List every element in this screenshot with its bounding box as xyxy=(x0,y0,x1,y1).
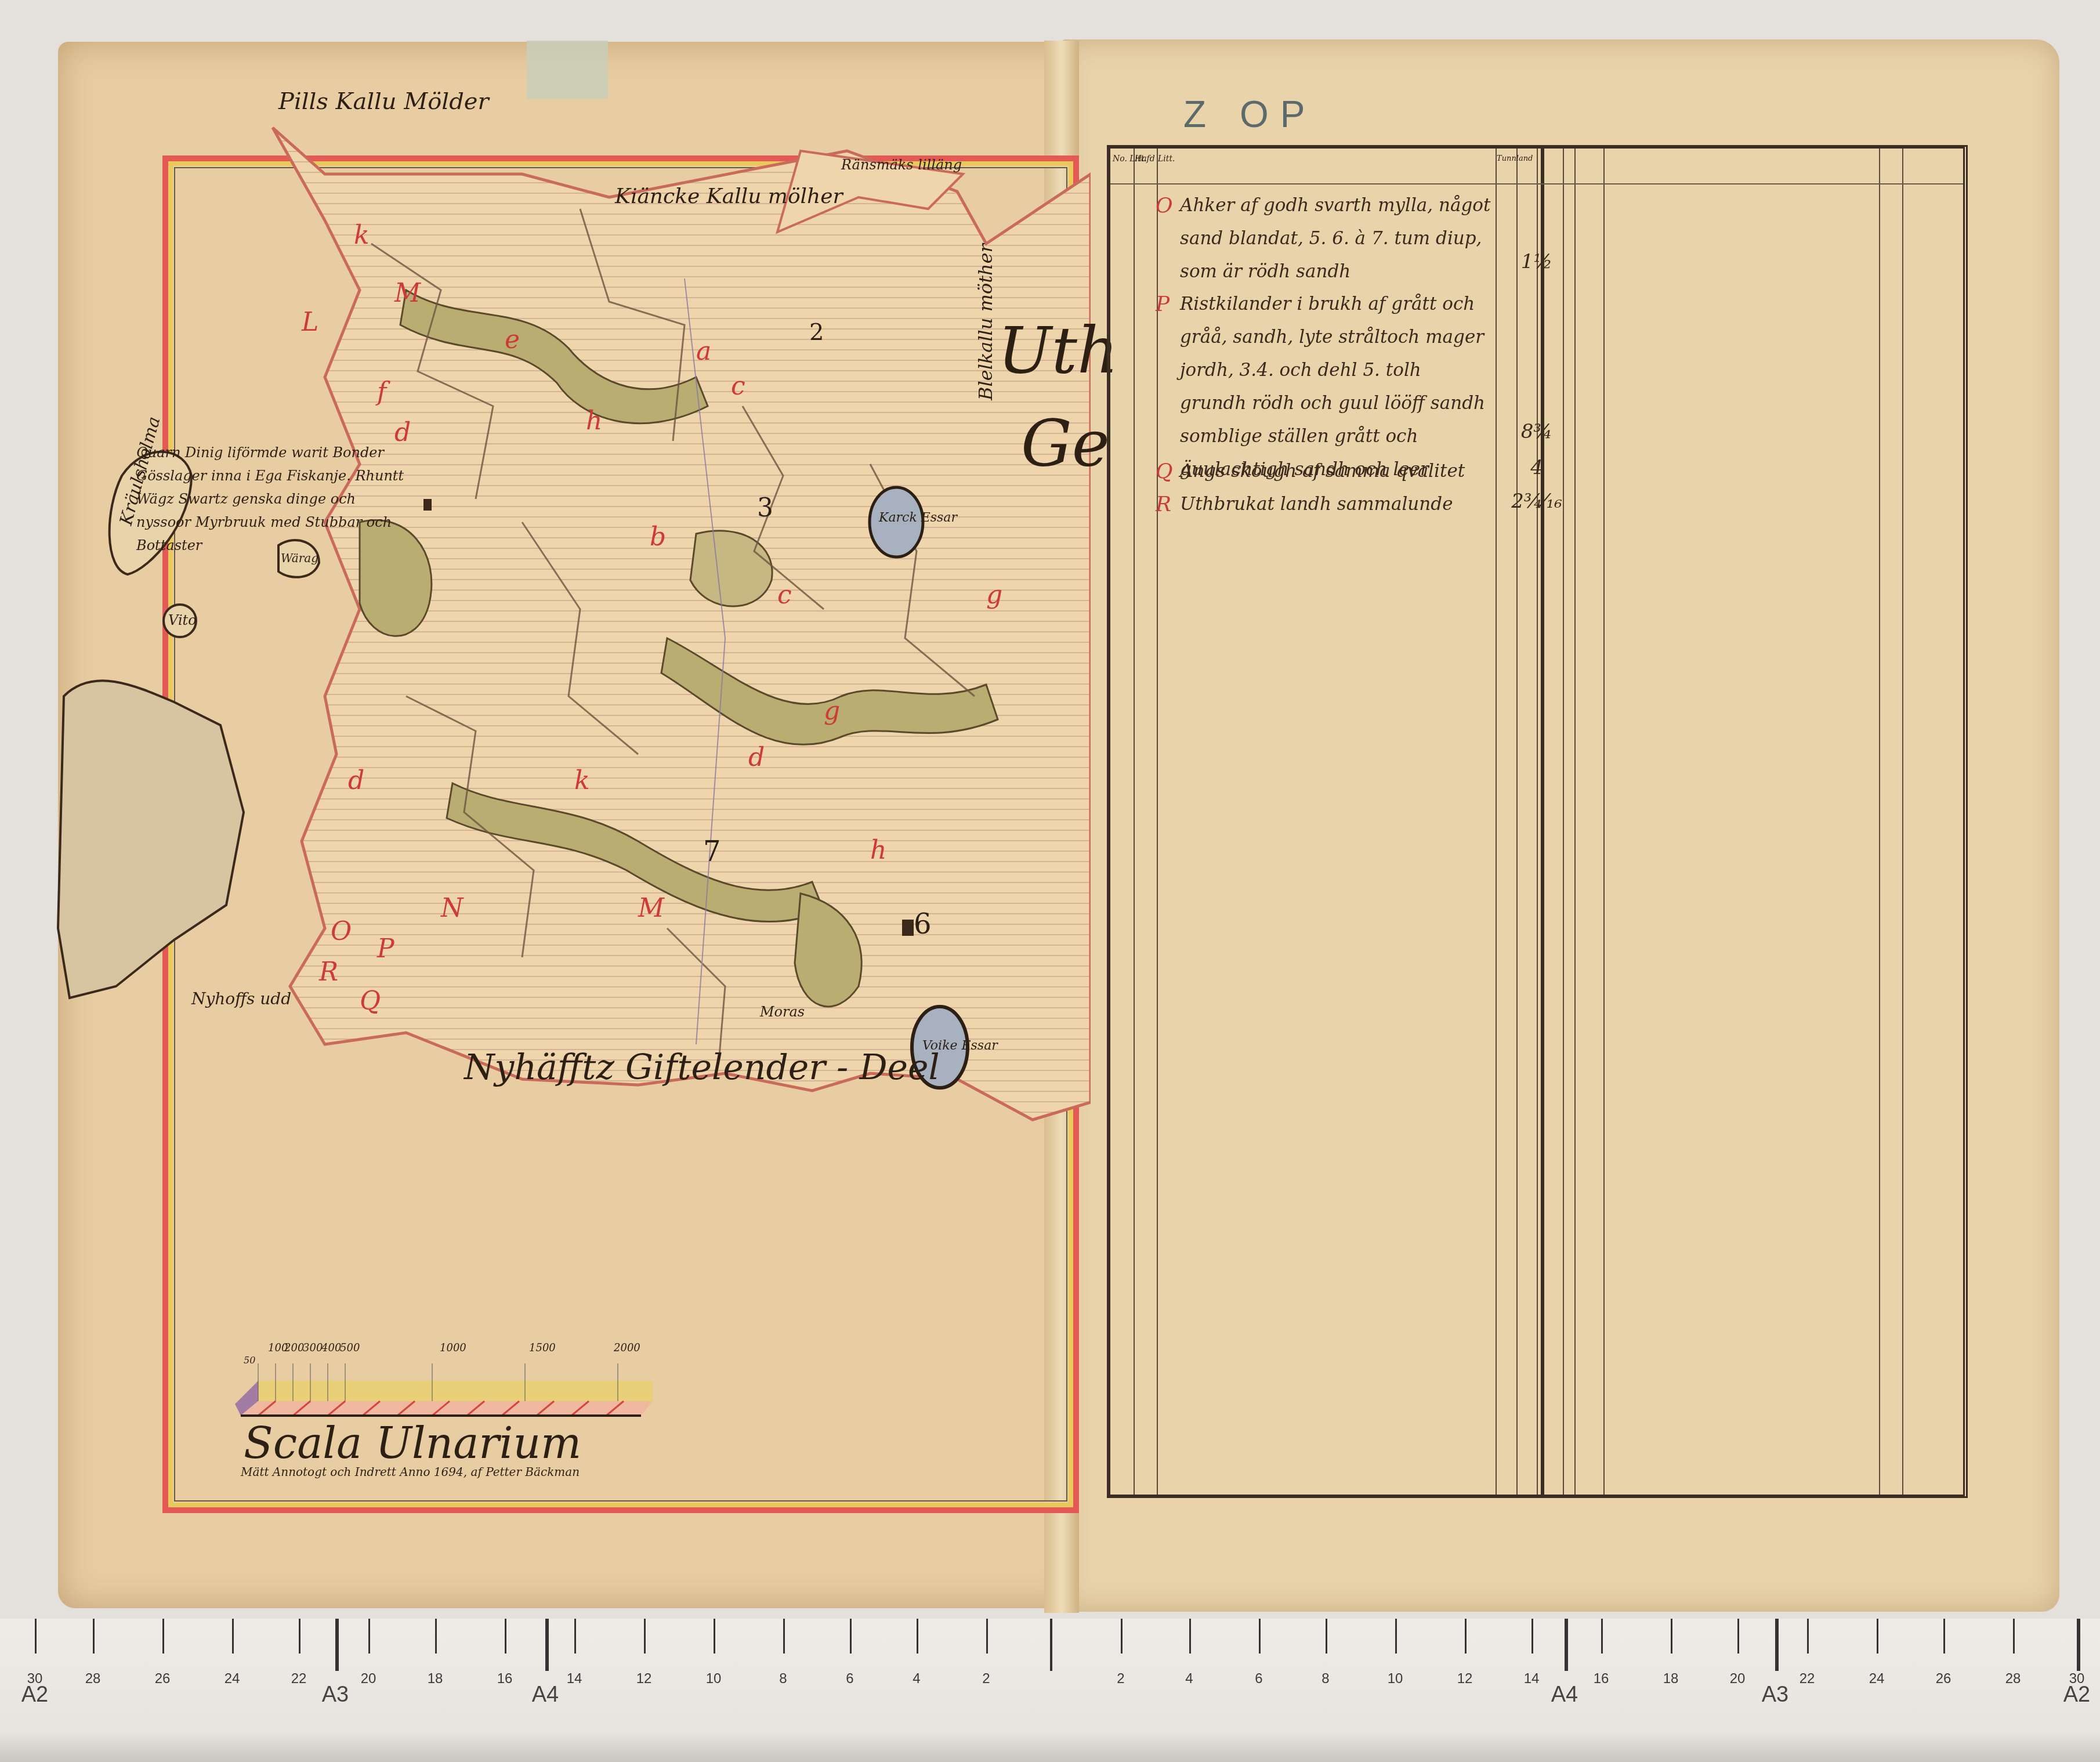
ruler-number: 8 xyxy=(1321,1671,1329,1687)
scale-tick-label: 400 xyxy=(321,1342,341,1354)
header-rule xyxy=(1110,183,1963,184)
ruler-number: 2 xyxy=(1117,1671,1124,1687)
column-rule xyxy=(1902,149,1903,1495)
column-rule xyxy=(1603,149,1605,1495)
entry-letter: P xyxy=(1156,288,1170,321)
parcel-letter: c xyxy=(777,580,792,610)
field-number-2: 2 xyxy=(809,319,824,346)
parcel-letter: f xyxy=(377,377,386,407)
place-label-field: Ränsmäks lilläng xyxy=(841,157,962,173)
field-number-7: 7 xyxy=(703,835,721,868)
entry-text: Ristkilander i brukh af grått och gråå, … xyxy=(1180,294,1485,480)
cape-label: Nyhoffs udd xyxy=(191,989,291,1008)
land-register-table: No. Litt. Hafd Litt. Tunnland O Ahker af… xyxy=(1107,145,1968,1498)
ruler-number: 28 xyxy=(85,1671,101,1687)
column-rule xyxy=(1134,149,1135,1495)
ruler-number: 2 xyxy=(982,1671,990,1687)
entry-letter: Q xyxy=(1156,455,1173,488)
entry-value: 4 xyxy=(1505,456,1569,479)
ruler-format-label: A3 xyxy=(322,1683,349,1707)
parcel-letter: d xyxy=(348,766,364,795)
entry-letter: O xyxy=(1156,189,1173,222)
ruler-number: 16 xyxy=(1594,1671,1609,1687)
ruler-number: 20 xyxy=(1730,1671,1746,1687)
parcel-letter: c xyxy=(731,371,745,401)
parcel-letter: b xyxy=(650,522,666,552)
ruler-number: 18 xyxy=(1663,1671,1679,1687)
ruler-number: 8 xyxy=(779,1671,787,1687)
entry-letter: R xyxy=(1156,488,1171,521)
ruler-number: 24 xyxy=(225,1671,240,1687)
ruler-format-label: A4 xyxy=(532,1683,559,1707)
ruler-number: 16 xyxy=(497,1671,513,1687)
parcel-letter: d xyxy=(748,743,765,772)
marsh-label: Moras xyxy=(760,1004,805,1020)
parcel-letter: k xyxy=(354,220,370,250)
ledger-entry-O: O Ahker af godh svarth mylla, något sand… xyxy=(1180,189,1493,288)
ruler-number: 28 xyxy=(2005,1671,2021,1687)
ruler-number: 12 xyxy=(1457,1671,1473,1687)
ruler-number: 4 xyxy=(913,1671,920,1687)
lake-label-east: Karck Essar xyxy=(879,511,957,525)
field-number-3: 3 xyxy=(757,493,773,523)
ruler-number: 22 xyxy=(291,1671,307,1687)
ruler-number: 14 xyxy=(567,1671,582,1687)
parcel-letter: M xyxy=(638,893,664,923)
entry-text: Ahker af godh svarth mylla, något sand b… xyxy=(1180,195,1490,282)
ledger-entry-Q: Q Ängs skough af samma qvalitet xyxy=(1180,455,1493,488)
parcel-letter: R xyxy=(319,957,338,987)
column-rule xyxy=(1157,149,1158,1495)
entry-text: Uthbrukat landh sammalunde xyxy=(1180,494,1453,515)
column-rule xyxy=(1496,149,1497,1495)
column-rule xyxy=(1879,149,1880,1495)
place-label-top-center: Kiäncke Kallu mölher xyxy=(615,184,843,208)
header-col3: Litt. xyxy=(1158,154,1175,164)
parcel-letter: h xyxy=(870,835,886,865)
ruler-number: 12 xyxy=(636,1671,652,1687)
marginal-note: Quarn Dinig liförmde warit Bonder Gössla… xyxy=(136,441,409,557)
map-title-fragment-uth: Uth xyxy=(998,313,1118,388)
scale-tick-label: 2000 xyxy=(614,1342,640,1354)
parcel-letter: P xyxy=(377,934,394,964)
column-rule xyxy=(1563,149,1564,1495)
scale-tick-label: 500 xyxy=(340,1342,360,1354)
parcel-letter: M xyxy=(394,278,421,308)
ruler-number: 6 xyxy=(846,1671,853,1687)
column-rule xyxy=(1537,149,1538,1495)
parcel-letter: N xyxy=(441,893,464,923)
ruler-number: 18 xyxy=(428,1671,443,1687)
ruler-format-label: A4 xyxy=(1551,1683,1578,1707)
header-col2: Hafd xyxy=(1135,154,1155,164)
ruler-number: 14 xyxy=(1524,1671,1540,1687)
ruler-format-label: A2 xyxy=(21,1683,48,1707)
scale-tick-label: 200 xyxy=(284,1342,304,1354)
scale-tick-label: 1000 xyxy=(440,1342,466,1354)
entry-text: Ängs skough af samma qvalitet xyxy=(1180,461,1465,482)
scale-subtitle: Mätt Annotogt och Indrett Anno 1694, af … xyxy=(241,1465,580,1479)
ruler-number: 26 xyxy=(155,1671,171,1687)
place-label-vertical: Blelkallu möther xyxy=(975,244,997,400)
ruler-number: 6 xyxy=(1255,1671,1262,1687)
header-right-col1: Tunnland xyxy=(1497,154,1533,163)
scale-tick-label: 1500 xyxy=(529,1342,556,1354)
parcel-letter: g xyxy=(986,580,1002,610)
ruler-number: 10 xyxy=(1388,1671,1403,1687)
place-label-top-left: Pills Kallu Mölder xyxy=(278,88,489,115)
column-rule-heavy xyxy=(1541,149,1544,1495)
cadastral-map xyxy=(0,0,1091,1160)
parcel-letter: O xyxy=(331,917,352,946)
ruler-ticks xyxy=(0,1619,2100,1659)
parcel-letter: g xyxy=(824,696,840,726)
pencil-annotation: Z OP xyxy=(1183,93,1316,136)
entry-value: 1½ xyxy=(1505,250,1569,273)
column-rule xyxy=(1574,149,1576,1495)
parcel-letter: Q xyxy=(360,986,381,1016)
scale-tick-label: 300 xyxy=(303,1342,323,1354)
column-rule xyxy=(1516,149,1518,1495)
ledger-entry-R: R Uthbrukat landh sammalunde xyxy=(1180,488,1493,521)
ruler-number: 10 xyxy=(706,1671,722,1687)
parcel-letter: d xyxy=(394,418,411,447)
map-title: Nyhäfftz Giftelender - Deel xyxy=(464,1047,940,1088)
parcel-letter: a xyxy=(696,337,711,366)
entry-value: 8¾ xyxy=(1505,420,1569,443)
ruler-number: 24 xyxy=(1869,1671,1885,1687)
ruler-number: 22 xyxy=(1800,1671,1815,1687)
parcel-letter: e xyxy=(505,325,520,354)
scale-bar-graphic xyxy=(235,1358,653,1427)
map-title-fragment-ge: Ge xyxy=(1021,406,1110,480)
ruler-format-label: A2 xyxy=(2063,1683,2090,1707)
parcel-letter: h xyxy=(586,406,602,436)
scale-title: Scala Ulnarium xyxy=(244,1419,581,1468)
parcel-letter: L xyxy=(302,307,318,337)
scale-tick-label: 50 xyxy=(244,1355,255,1366)
field-number-6: 6 xyxy=(914,908,932,940)
ruler-number: 4 xyxy=(1185,1671,1193,1687)
ruler-number: 20 xyxy=(361,1671,376,1687)
island-label-2: Vito xyxy=(168,612,197,628)
ruler-number: 26 xyxy=(1936,1671,1951,1687)
entry-value: 2¾⁄₁₆ xyxy=(1505,490,1569,513)
ruler-format-label: A3 xyxy=(1762,1683,1788,1707)
parcel-letter: k xyxy=(574,766,590,795)
